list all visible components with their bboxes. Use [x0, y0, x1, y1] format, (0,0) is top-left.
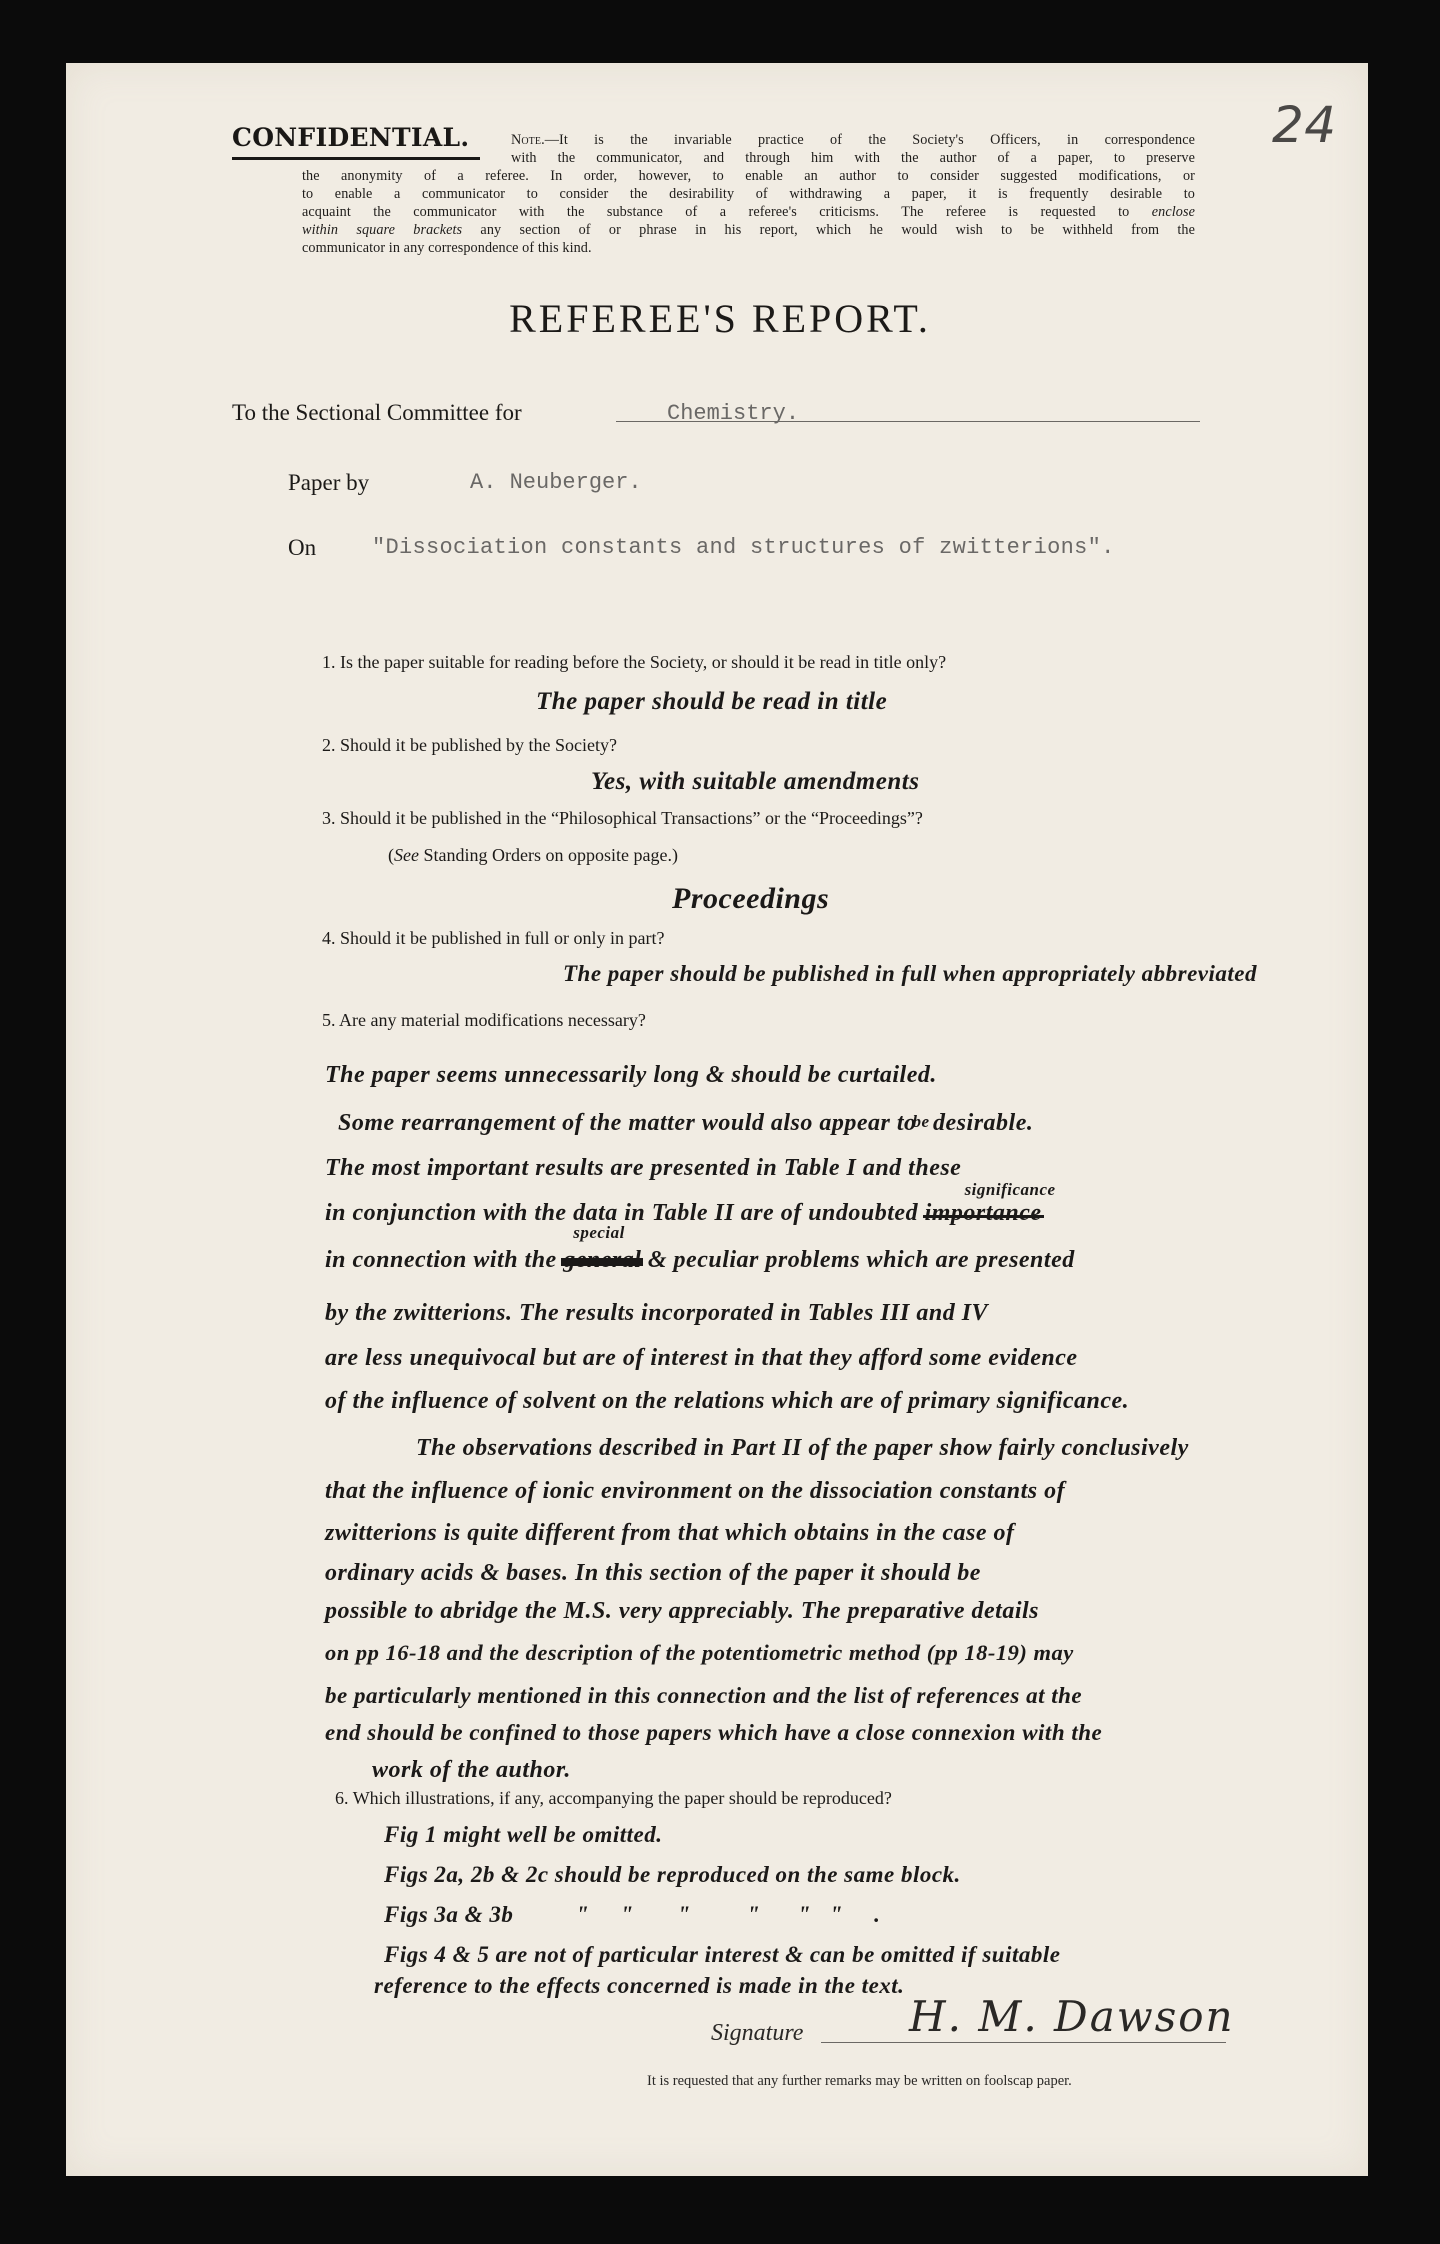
answer-5-line: The most important results are presented… — [325, 1155, 961, 1182]
answer-5-line: possible to abridge the M.S. very apprec… — [325, 1598, 1039, 1625]
answer-6-line: reference to the effects concerned is ma… — [374, 1973, 904, 1999]
question-6: 6. Which illustrations, if any, accompan… — [335, 1788, 892, 1809]
answer-5-line: of the influence of solvent on the relat… — [325, 1388, 1129, 1415]
note-line-1: Note.—It is the invariable practice of t… — [511, 131, 1195, 149]
question-1: 1. Is the paper suitable for reading bef… — [322, 652, 946, 673]
signature-label: Signature — [711, 2020, 803, 2047]
answer-5-line: zwitterions is quite different from that… — [325, 1520, 1014, 1547]
question-3: 3. Should it be published in the “Philos… — [322, 808, 923, 829]
committee-value: Chemistry. — [667, 401, 799, 426]
note-line-5: acquaint the communicator with the subst… — [302, 203, 1195, 221]
page-title: REFEREE'S REPORT. — [0, 295, 1440, 342]
answer-5-line: be particularly mentioned in this connec… — [325, 1683, 1082, 1709]
confidential-heading: CONFIDENTIAL. — [232, 123, 469, 152]
note-line-4: to enable a communicator to consider the… — [302, 185, 1195, 203]
answer-4: The paper should be published in full wh… — [563, 961, 1257, 987]
answer-5-line: by the zwitterions. The results incorpor… — [325, 1300, 988, 1327]
note-line-6: within square brackets any section of or… — [302, 221, 1195, 239]
answer-6-line: Fig 1 might well be omitted. — [384, 1822, 663, 1848]
question-4: 4. Should it be published in full or onl… — [322, 928, 664, 949]
inserted-word: be — [913, 1112, 930, 1132]
answer-1: The paper should be read in title — [536, 688, 887, 716]
answer-5-line: The observations described in Part II of… — [416, 1435, 1189, 1462]
answer-5-line: in conjunction with the data in Table II… — [325, 1200, 1042, 1227]
answer-5-line: ordinary acids & bases. In this section … — [325, 1560, 981, 1587]
answer-5-line: The paper seems unnecessarily long & sho… — [325, 1062, 937, 1089]
answer-5-line: end should be confined to those papers w… — [325, 1720, 1102, 1746]
page-number: 24 — [1272, 96, 1337, 154]
note-line-2: with the communicator, and through him w… — [511, 149, 1195, 167]
struck-word: importance — [925, 1200, 1042, 1226]
footer-note: It is requested that any further remarks… — [647, 2073, 1072, 2090]
committee-label: To the Sectional Committee for — [232, 400, 522, 426]
on-label: On — [288, 535, 316, 561]
answer-2: Yes, with suitable amendments — [591, 768, 919, 796]
answer-5-line: in connection with the generalspecial & … — [325, 1247, 1075, 1274]
question-2: 2. Should it be published by the Society… — [322, 735, 617, 756]
answer-5-line: on pp 16-18 and the description of the p… — [325, 1640, 1074, 1666]
answer-3: Proceedings — [672, 882, 829, 916]
note-line-7: communicator in any correspondence of th… — [302, 239, 1195, 257]
paper-title: "Dissociation constants and structures o… — [372, 535, 1115, 560]
answer-5-line: Some rearrangement of the matter would a… — [338, 1110, 1033, 1137]
answer-6-line: Figs 2a, 2b & 2c should be reproduced on… — [384, 1862, 961, 1888]
inserted-word: significance — [965, 1180, 1056, 1200]
struck-word: general — [563, 1247, 641, 1273]
signature-line — [821, 2042, 1226, 2043]
answer-6-line: Figs 4 & 5 are not of particular interes… — [384, 1942, 1060, 1968]
note-line-3: the anonymity of a referee. In order, ho… — [302, 167, 1195, 185]
standing-orders-note: (See Standing Orders on opposite page.) — [388, 845, 678, 866]
answer-5-line: that the influence of ionic environment … — [325, 1478, 1065, 1505]
answer-6-line: Figs 3a & 3b " " " " " " . — [384, 1902, 880, 1928]
note-prefix: Note. — [511, 132, 545, 148]
answer-5-line: are less unequivocal but are of interest… — [325, 1345, 1078, 1372]
question-5: 5. Are any material modifications necess… — [322, 1010, 646, 1031]
signature-name: H. M. Dawson — [909, 1992, 1235, 2041]
inserted-word: special — [573, 1223, 625, 1243]
answer-5-line: work of the author. — [372, 1757, 571, 1784]
paper-by-label: Paper by — [288, 470, 369, 496]
paper-author: A. Neuberger. — [470, 470, 642, 495]
confidential-underline — [232, 157, 480, 160]
